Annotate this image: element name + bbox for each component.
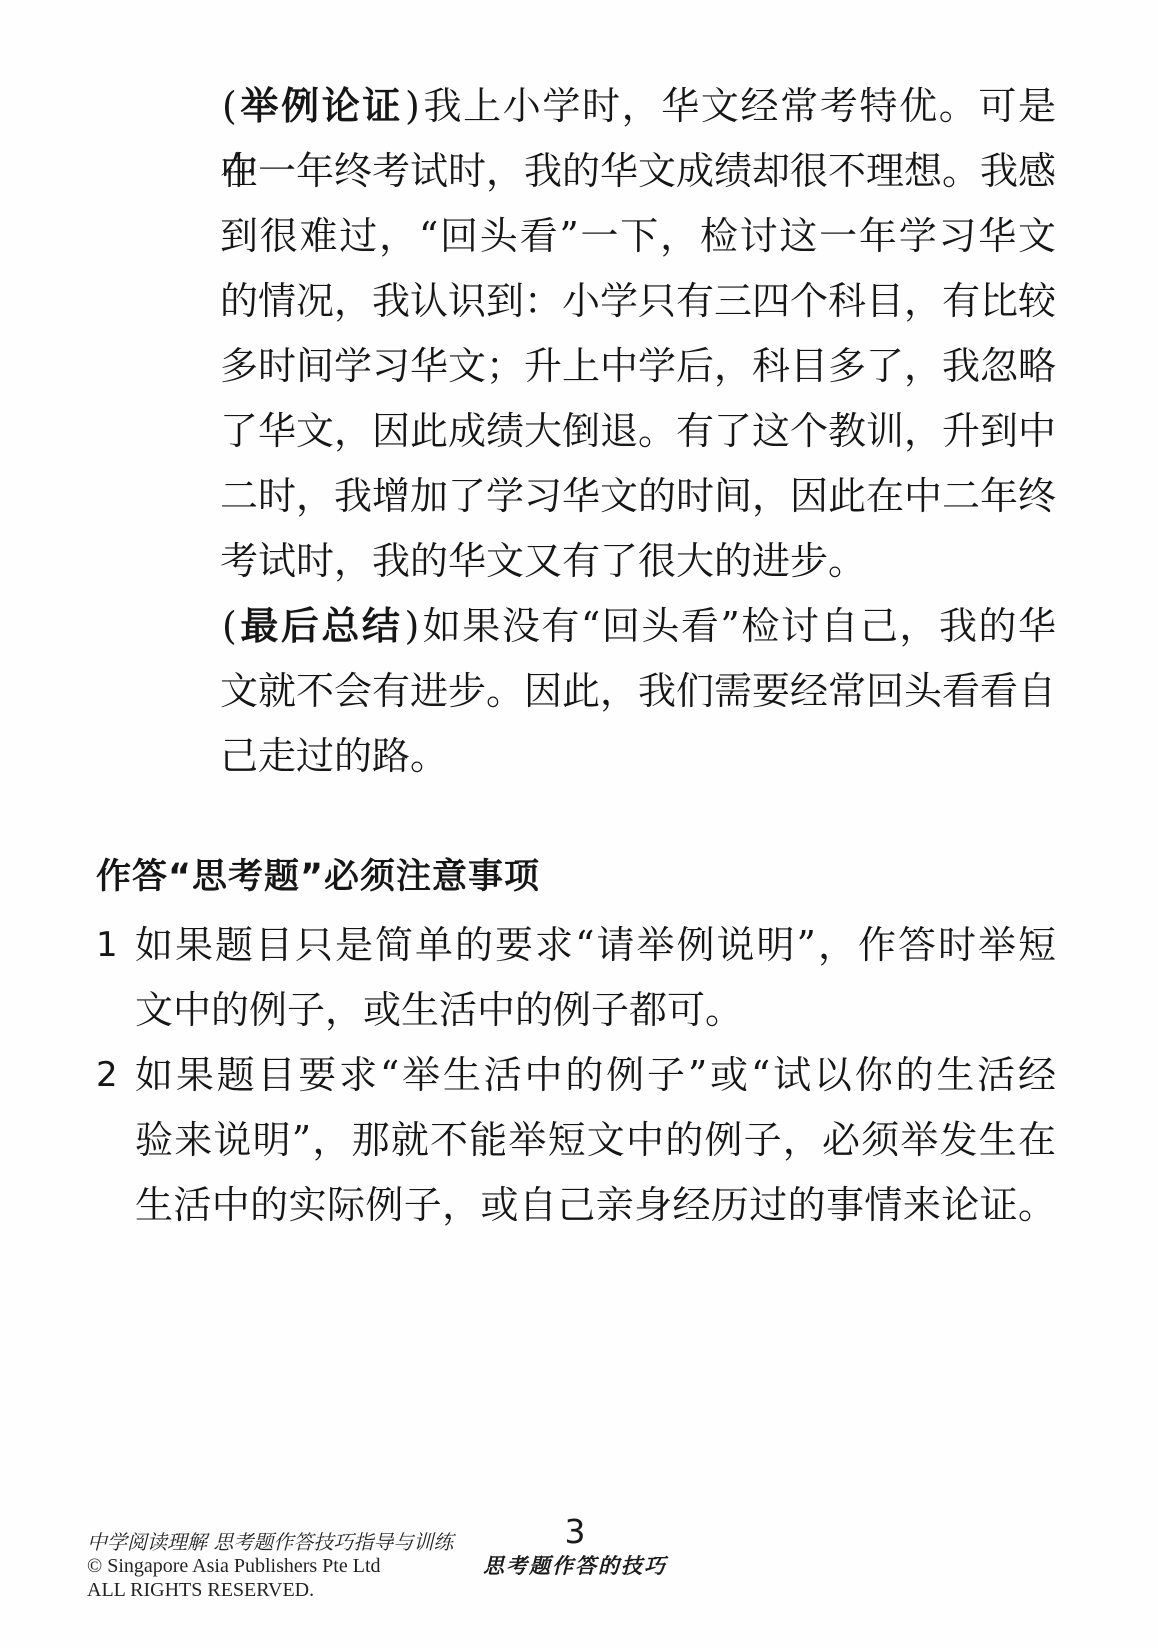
passage-line: 多时间学习华文；升上中学后，科目多了，我忽略	[220, 334, 1056, 399]
footer-copyright: © Singapore Asia Publishers Pte Ltd	[87, 1554, 453, 1578]
section-heading: 作答“思考题”必须注意事项	[96, 852, 540, 902]
note-text: 如果题目只是简单的要求“请举例说明”，作答时举短 文中的例子，或生活中的例子都可…	[135, 913, 1056, 1043]
passage-line: 到很难过，“回头看”一下，检讨这一年学习华文	[220, 204, 1056, 269]
footer-book-title: 中学阅读理解 思考题作答技巧指导与训练	[87, 1530, 453, 1554]
passage-line: 文就不会有进步。因此，我们需要经常回头看看自	[220, 659, 1056, 724]
label-bracket-open: (	[220, 604, 239, 648]
passage-line: (最后总结)如果没有“回头看”检讨自己，我的华	[220, 594, 1056, 659]
passage-text: 如果没有“回头看”检讨自己，我的华	[421, 604, 1056, 648]
passage-line: 考试时，我的华文又有了很大的进步。	[220, 529, 1056, 594]
paragraph-label-example: 举例论证	[239, 84, 403, 128]
notes-list: 1 如果题目只是简单的要求“请举例说明”，作答时举短 文中的例子，或生活中的例子…	[96, 913, 1056, 1238]
note-line: 如果题目只是简单的要求“请举例说明”，作答时举短	[135, 913, 1056, 978]
chapter-title: 思考题作答的技巧	[455, 1554, 695, 1578]
label-bracket-close: )	[402, 604, 421, 648]
note-number: 2	[96, 1043, 135, 1108]
label-bracket-open: (	[220, 84, 239, 128]
note-number: 1	[96, 913, 135, 978]
footer-pagination: 3 思考题作答的技巧	[455, 1512, 695, 1578]
passage-line: 二时，我增加了学习华文的时间，因此在中二年终	[220, 464, 1056, 529]
note-item-1: 1 如果题目只是简单的要求“请举例说明”，作答时举短 文中的例子，或生活中的例子…	[96, 913, 1056, 1043]
note-text: 如果题目要求“举生活中的例子”或“试以你的生活经 验来说明”，那就不能举短文中的…	[135, 1043, 1056, 1238]
footer-rights: ALL RIGHTS RESERVED.	[87, 1578, 453, 1602]
passage-line: 的情况，我认识到：小学只有三四个科目，有比较	[220, 269, 1056, 334]
book-page: (举例论证)我上小学时，华文经常考特优。可是在 中一年终考试时，我的华文成绩却很…	[0, 0, 1158, 1648]
note-line: 生活中的实际例子，或自己亲身经历过的事情来论证。	[135, 1173, 1056, 1238]
example-passage: (举例论证)我上小学时，华文经常考特优。可是在 中一年终考试时，我的华文成绩却很…	[220, 74, 1056, 789]
passage-line: 了华文，因此成绩大倒退。有了这个教训，升到中	[220, 399, 1056, 464]
note-line: 如果题目要求“举生活中的例子”或“试以你的生活经	[135, 1043, 1056, 1108]
passage-line: 中一年终考试时，我的华文成绩却很不理想。我感	[220, 139, 1056, 204]
note-item-2: 2 如果题目要求“举生活中的例子”或“试以你的生活经 验来说明”，那就不能举短文…	[96, 1043, 1056, 1238]
label-bracket-close: )	[403, 84, 422, 128]
passage-line: 己走过的路。	[220, 724, 1056, 789]
note-line: 文中的例子，或生活中的例子都可。	[135, 978, 1056, 1043]
footer-imprint: 中学阅读理解 思考题作答技巧指导与训练 © Singapore Asia Pub…	[87, 1530, 453, 1602]
note-line: 验来说明”，那就不能举短文中的例子，必须举发生在	[135, 1108, 1056, 1173]
paragraph-label-summary: 最后总结	[239, 604, 403, 648]
passage-line: (举例论证)我上小学时，华文经常考特优。可是在	[220, 74, 1056, 139]
page-number: 3	[455, 1512, 695, 1552]
